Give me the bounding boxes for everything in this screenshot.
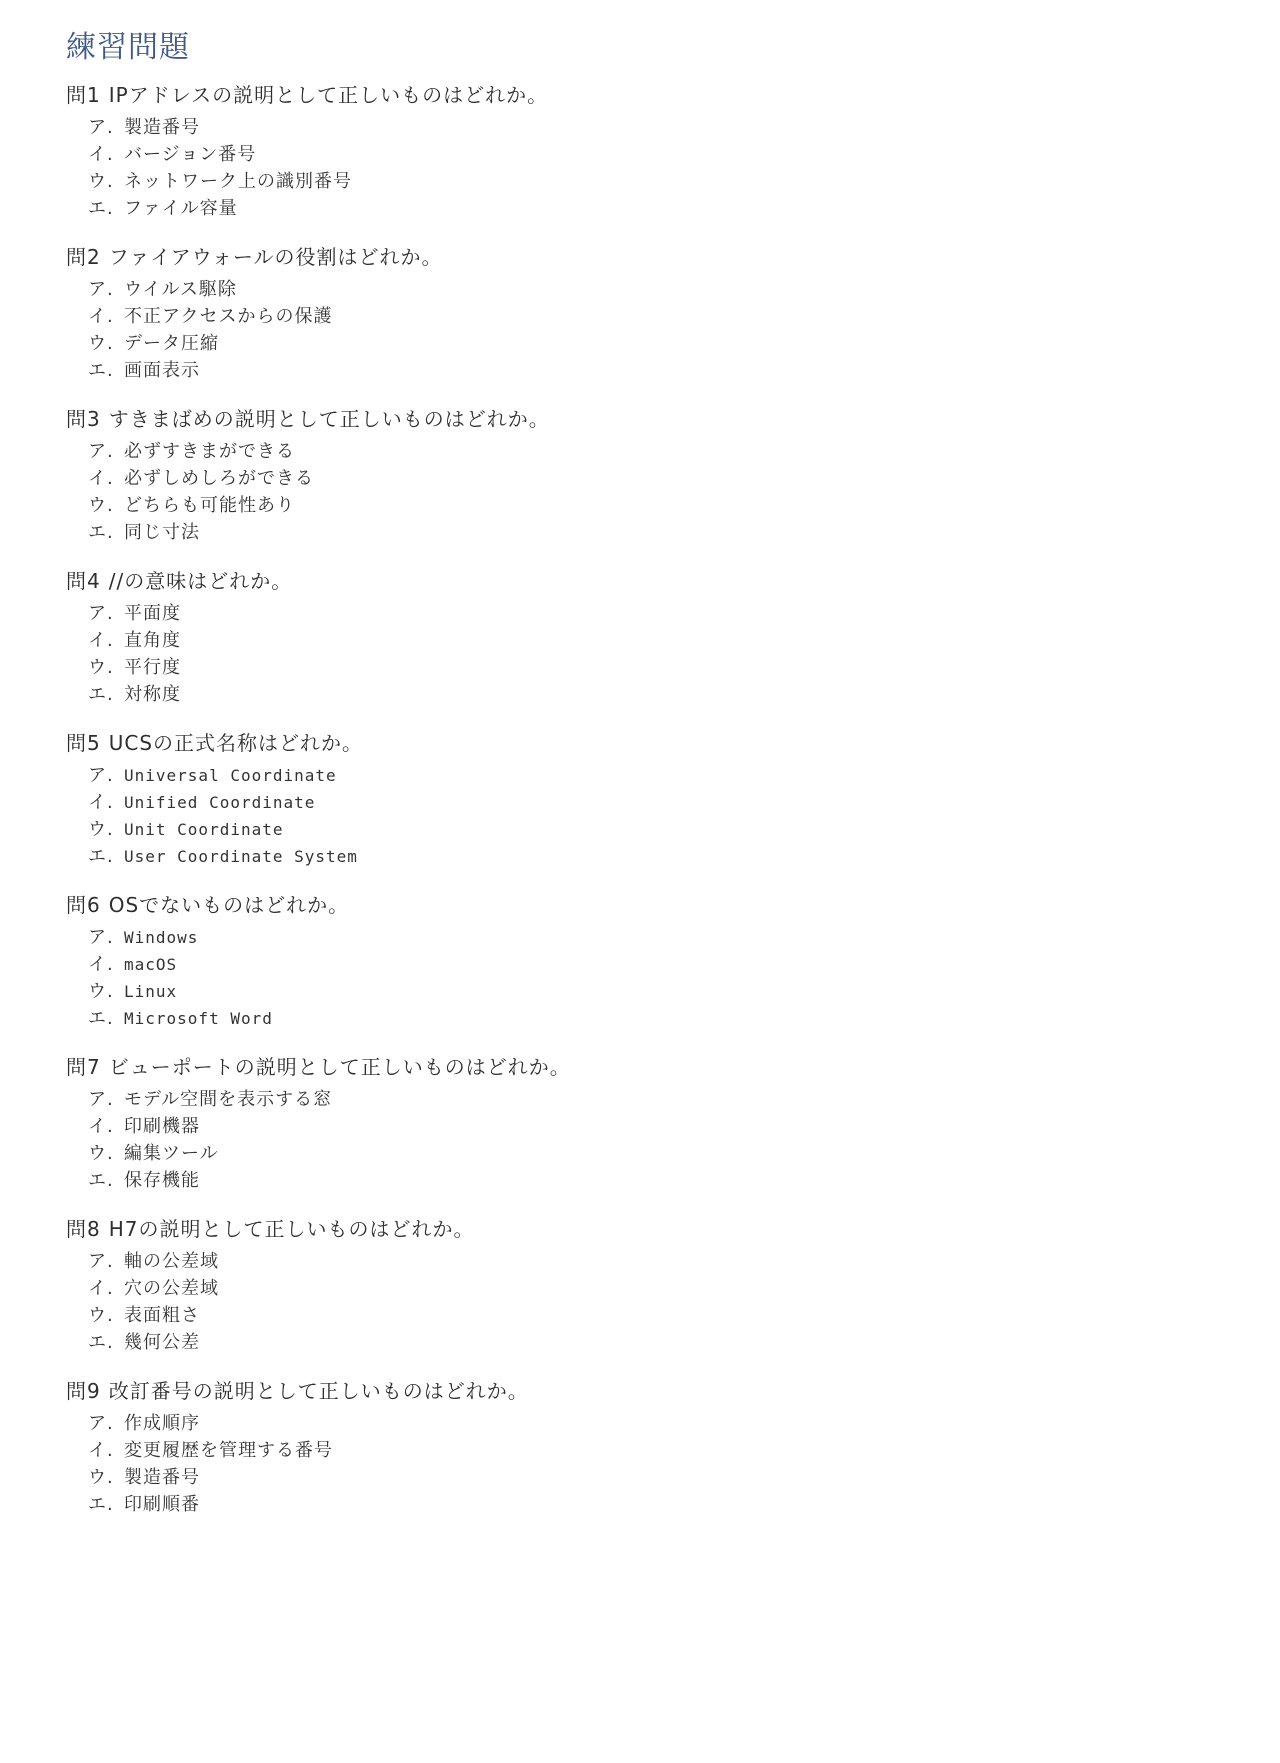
option-text: 軸の公差域: [124, 1251, 219, 1272]
option-list: ア.Universal Coordinate イ.Unified Coordin…: [88, 762, 363, 870]
option-u: ウ.編集ツール: [88, 1140, 571, 1167]
option-list: ア.平面度 イ.直角度 ウ.平行度 エ.対称度: [88, 600, 292, 708]
option-marker: エ.: [88, 357, 124, 384]
option-text: ファイル容量: [124, 198, 238, 219]
option-marker: ア.: [88, 276, 124, 303]
option-marker: イ.: [88, 303, 124, 330]
option-marker: エ.: [88, 1167, 124, 1194]
option-marker: ア.: [88, 762, 124, 789]
option-text: ネットワーク上の識別番号: [124, 171, 352, 192]
option-list: ア.必ずすきまができる イ.必ずしめしろができる ウ.どちらも可能性あり エ.同…: [88, 438, 550, 546]
option-a: ア.Universal Coordinate: [88, 762, 363, 789]
question-text: 問2ファイアウォールの役割はどれか。: [66, 244, 443, 270]
option-a: ア.平面度: [88, 600, 292, 627]
option-marker: エ.: [88, 1005, 124, 1032]
option-u: ウ.ネットワーク上の識別番号: [88, 168, 548, 195]
question-4: 問4//の意味はどれか。 ア.平面度 イ.直角度 ウ.平行度 エ.対称度: [66, 568, 292, 708]
question-number: 問6: [66, 893, 101, 917]
option-list: ア.軸の公差域 イ.穴の公差域 ウ.表面粗さ エ.幾何公差: [88, 1248, 475, 1356]
option-u: ウ.データ圧縮: [88, 330, 443, 357]
option-u: ウ.平行度: [88, 654, 292, 681]
option-e: エ.同じ寸法: [88, 519, 550, 546]
option-marker: ア.: [88, 600, 124, 627]
option-u: ウ.表面粗さ: [88, 1302, 475, 1329]
option-marker: イ.: [88, 1275, 124, 1302]
option-list: ア.Windows イ.macOS ウ.Linux エ.Microsoft Wo…: [88, 924, 349, 1032]
option-marker: イ.: [88, 1113, 124, 1140]
option-marker: ウ.: [88, 168, 124, 195]
option-text: Unit Coordinate: [124, 820, 284, 839]
option-a: ア.ウイルス駆除: [88, 276, 443, 303]
question-body: 改訂番号の説明として正しいものはどれか。: [109, 1379, 529, 1403]
question-number: 問7: [66, 1055, 101, 1079]
option-text: ウイルス駆除: [124, 279, 237, 300]
option-text: Unified Coordinate: [124, 793, 315, 812]
option-text: Universal Coordinate: [124, 766, 337, 785]
option-i: イ.必ずしめしろができる: [88, 465, 550, 492]
option-marker: エ.: [88, 195, 124, 222]
question-number: 問8: [66, 1217, 101, 1241]
question-body: //の意味はどれか。: [109, 569, 292, 593]
option-text: 同じ寸法: [124, 522, 200, 543]
option-a: ア.製造番号: [88, 114, 548, 141]
option-e: エ.印刷順番: [88, 1491, 529, 1518]
question-text: 問6OSでないものはどれか。: [66, 892, 349, 918]
question-3: 問3すきまばめの説明として正しいものはどれか。 ア.必ずすきまができる イ.必ず…: [66, 406, 550, 546]
question-text: 問3すきまばめの説明として正しいものはどれか。: [66, 406, 550, 432]
question-9: 問9改訂番号の説明として正しいものはどれか。 ア.作成順序 イ.変更履歴を管理す…: [66, 1378, 529, 1518]
option-marker: エ.: [88, 1329, 124, 1356]
option-u: ウ.どちらも可能性あり: [88, 492, 550, 519]
question-body: H7の説明として正しいものはどれか。: [109, 1217, 475, 1241]
option-text: 編集ツール: [124, 1143, 219, 1164]
option-marker: エ.: [88, 681, 124, 708]
option-i: イ.直角度: [88, 627, 292, 654]
option-marker: ウ.: [88, 654, 124, 681]
option-marker: ウ.: [88, 816, 124, 843]
question-number: 問2: [66, 245, 101, 269]
option-marker: ウ.: [88, 1140, 124, 1167]
option-i: イ.変更履歴を管理する番号: [88, 1437, 529, 1464]
option-marker: ア.: [88, 114, 124, 141]
question-text: 問7ビューポートの説明として正しいものはどれか。: [66, 1054, 571, 1080]
option-text: 製造番号: [124, 117, 200, 138]
option-text: 印刷機器: [124, 1116, 200, 1137]
option-text: 平行度: [124, 657, 181, 678]
option-marker: エ.: [88, 843, 124, 870]
option-text: データ圧縮: [124, 333, 219, 354]
option-marker: ア.: [88, 438, 124, 465]
option-marker: ア.: [88, 1410, 124, 1437]
question-text: 問4//の意味はどれか。: [66, 568, 292, 594]
option-text: 対称度: [124, 684, 181, 705]
question-body: ビューポートの説明として正しいものはどれか。: [109, 1055, 571, 1079]
question-number: 問4: [66, 569, 101, 593]
question-body: すきまばめの説明として正しいものはどれか。: [109, 407, 550, 431]
question-body: OSでないものはどれか。: [109, 893, 349, 917]
question-text: 問8H7の説明として正しいものはどれか。: [66, 1216, 475, 1242]
option-u: ウ.Unit Coordinate: [88, 816, 363, 843]
option-marker: イ.: [88, 627, 124, 654]
option-a: ア.必ずすきまができる: [88, 438, 550, 465]
option-text: Windows: [124, 928, 198, 947]
option-i: イ.macOS: [88, 951, 349, 978]
option-e: エ.幾何公差: [88, 1329, 475, 1356]
option-a: ア.作成順序: [88, 1410, 529, 1437]
option-i: イ.印刷機器: [88, 1113, 571, 1140]
option-marker: ウ.: [88, 978, 124, 1005]
option-text: 穴の公差域: [124, 1278, 219, 1299]
option-text: 幾何公差: [124, 1332, 200, 1353]
option-a: ア.Windows: [88, 924, 349, 951]
question-1: 問1IPアドレスの説明として正しいものはどれか。 ア.製造番号 イ.バージョン番…: [66, 82, 548, 222]
option-marker: ア.: [88, 1248, 124, 1275]
option-i: イ.不正アクセスからの保護: [88, 303, 443, 330]
option-text: 表面粗さ: [124, 1305, 200, 1326]
option-a: ア.モデル空間を表示する窓: [88, 1086, 571, 1113]
option-marker: ウ.: [88, 492, 124, 519]
option-marker: イ.: [88, 789, 124, 816]
option-text: 必ずしめしろができる: [124, 468, 314, 489]
option-text: 保存機能: [124, 1170, 200, 1191]
option-text: macOS: [124, 955, 177, 974]
option-text: 変更履歴を管理する番号: [124, 1440, 333, 1461]
option-text: バージョン番号: [124, 144, 256, 165]
question-6: 問6OSでないものはどれか。 ア.Windows イ.macOS ウ.Linux…: [66, 892, 349, 1032]
option-marker: イ.: [88, 141, 124, 168]
option-list: ア.ウイルス駆除 イ.不正アクセスからの保護 ウ.データ圧縮 エ.画面表示: [88, 276, 443, 384]
option-text: User Coordinate System: [124, 847, 358, 866]
question-text: 問1IPアドレスの説明として正しいものはどれか。: [66, 82, 548, 108]
option-marker: ア.: [88, 1086, 124, 1113]
option-i: イ.Unified Coordinate: [88, 789, 363, 816]
option-u: ウ.Linux: [88, 978, 349, 1005]
option-u: ウ.製造番号: [88, 1464, 529, 1491]
option-list: ア.製造番号 イ.バージョン番号 ウ.ネットワーク上の識別番号 エ.ファイル容量: [88, 114, 548, 222]
option-a: ア.軸の公差域: [88, 1248, 475, 1275]
question-body: IPアドレスの説明として正しいものはどれか。: [109, 83, 548, 107]
option-e: エ.ファイル容量: [88, 195, 548, 222]
page-title: 練習問題: [66, 22, 190, 66]
question-2: 問2ファイアウォールの役割はどれか。 ア.ウイルス駆除 イ.不正アクセスからの保…: [66, 244, 443, 384]
question-text: 問5UCSの正式名称はどれか。: [66, 730, 363, 756]
option-text: 不正アクセスからの保護: [124, 306, 332, 327]
question-body: ファイアウォールの役割はどれか。: [109, 245, 443, 269]
option-i: イ.穴の公差域: [88, 1275, 475, 1302]
option-e: エ.画面表示: [88, 357, 443, 384]
question-text: 問9改訂番号の説明として正しいものはどれか。: [66, 1378, 529, 1404]
option-marker: エ.: [88, 1491, 124, 1518]
option-e: エ.Microsoft Word: [88, 1005, 349, 1032]
option-marker: イ.: [88, 465, 124, 492]
option-text: 直角度: [124, 630, 181, 651]
option-text: 必ずすきまができる: [124, 441, 295, 462]
option-text: どちらも可能性あり: [124, 495, 295, 516]
question-8: 問8H7の説明として正しいものはどれか。 ア.軸の公差域 イ.穴の公差域 ウ.表…: [66, 1216, 475, 1356]
option-text: モデル空間を表示する窓: [124, 1089, 332, 1110]
option-marker: ウ.: [88, 1464, 124, 1491]
option-marker: イ.: [88, 1437, 124, 1464]
question-number: 問3: [66, 407, 101, 431]
option-text: Linux: [124, 982, 177, 1001]
option-e: エ.保存機能: [88, 1167, 571, 1194]
option-i: イ.バージョン番号: [88, 141, 548, 168]
question-body: UCSの正式名称はどれか。: [109, 731, 363, 755]
option-list: ア.作成順序 イ.変更履歴を管理する番号 ウ.製造番号 エ.印刷順番: [88, 1410, 529, 1518]
option-text: 画面表示: [124, 360, 200, 381]
question-5: 問5UCSの正式名称はどれか。 ア.Universal Coordinate イ…: [66, 730, 363, 870]
option-marker: ウ.: [88, 1302, 124, 1329]
option-marker: ア.: [88, 924, 124, 951]
option-marker: ウ.: [88, 330, 124, 357]
option-e: エ.対称度: [88, 681, 292, 708]
option-text: 作成順序: [124, 1413, 200, 1434]
option-text: Microsoft Word: [124, 1009, 273, 1028]
question-number: 問5: [66, 731, 101, 755]
option-marker: エ.: [88, 519, 124, 546]
option-text: 印刷順番: [124, 1494, 200, 1515]
option-e: エ.User Coordinate System: [88, 843, 363, 870]
option-text: 平面度: [124, 603, 181, 624]
option-marker: イ.: [88, 951, 124, 978]
option-list: ア.モデル空間を表示する窓 イ.印刷機器 ウ.編集ツール エ.保存機能: [88, 1086, 571, 1194]
question-number: 問9: [66, 1379, 101, 1403]
question-7: 問7ビューポートの説明として正しいものはどれか。 ア.モデル空間を表示する窓 イ…: [66, 1054, 571, 1194]
question-number: 問1: [66, 83, 101, 107]
option-text: 製造番号: [124, 1467, 200, 1488]
